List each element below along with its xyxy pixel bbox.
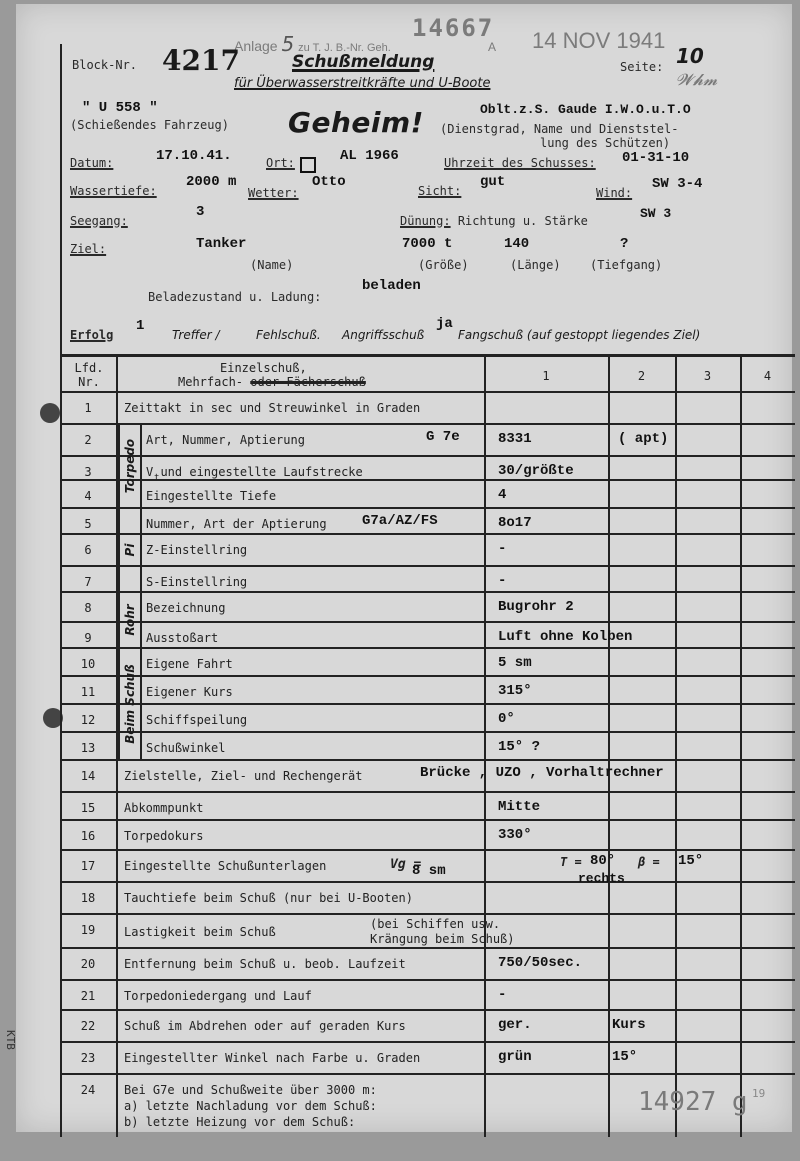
table-row-divider (60, 391, 795, 393)
row-label: Abkommpunkt (124, 801, 203, 815)
archive-stamp: 14927 g (638, 1087, 748, 1117)
row-line-b: b) letzte Heizung vor dem Schuß: (124, 1115, 355, 1129)
table-row-divider (60, 819, 795, 821)
block-number: 4217 (162, 44, 240, 77)
weather-value: Otto (312, 174, 346, 190)
swell-value: SW 3 (640, 206, 671, 221)
beta-value: 15° (678, 853, 703, 869)
row-label: Ausstoßart (146, 631, 218, 645)
table-row-divider (60, 1073, 795, 1075)
target-name-value: Tanker (196, 236, 246, 252)
attack-shot-value: ja (436, 316, 453, 332)
shot-1-value: - (498, 987, 506, 1003)
shot-1-value: 315° (498, 683, 532, 699)
row-label: S-Einstellring (146, 575, 247, 589)
row-number: 8 (60, 601, 116, 615)
row-number: 3 (60, 465, 116, 479)
block-label: Block-Nr. (72, 58, 137, 72)
row-label: Nummer, Art der Aptierung (146, 517, 327, 531)
shot-1-value: 750/50sec. (498, 955, 582, 971)
row-label: Eigene Fahrt (146, 657, 233, 671)
table-row-divider (60, 947, 795, 949)
group-label-text: Beim Schuß (123, 664, 137, 744)
target-name-label: (Name) (250, 258, 293, 272)
row-number: 17 (60, 859, 116, 873)
struck-spread-shot-label: oder Fächerschuß (250, 375, 366, 389)
target-size-value: 7000 t (402, 236, 452, 252)
row-label: Eingestellte Tiefe (146, 489, 276, 503)
vessel-label: (Schießendes Fahrzeug) (70, 118, 229, 132)
row-number: 15 (60, 801, 116, 815)
page-label: Seite: (620, 60, 663, 74)
column-header-shot-3: 3 (675, 369, 740, 383)
weather-label: Wetter: (248, 186, 299, 200)
row-label: Bezeichnung (146, 601, 225, 615)
grid-square-icon (300, 157, 316, 173)
column-header-nr: Lfd. Nr. (64, 361, 114, 389)
row-label: Zielstelle, Ziel- und Rechengerät (124, 769, 362, 783)
attack-shot-label: Angriffsschuß (342, 328, 424, 342)
row-number: 20 (60, 957, 116, 971)
row-note: (bei Schiffen usw. (370, 917, 500, 931)
column-header-shot-2: 2 (608, 369, 675, 383)
table-row-divider (60, 703, 795, 705)
date-label: Datum: (70, 156, 113, 170)
row-label: Schuß im Abdrehen oder auf geraden Kurs (124, 1019, 406, 1033)
swell-sublabel: Richtung u. Stärke (458, 214, 588, 228)
group-label-text: Rohr (123, 604, 137, 635)
table-row-divider (60, 621, 795, 623)
table-column-divider (740, 357, 742, 1137)
form-border (60, 44, 62, 354)
shot-1-value: - (498, 541, 506, 557)
row-label: Schiffspeilung (146, 713, 247, 727)
table-column-divider (608, 357, 610, 1137)
row-label: Eingestellte Schußunterlagen (124, 859, 326, 873)
table-row-divider (60, 881, 795, 883)
column-header-shot-4: 4 (740, 369, 795, 383)
hits-label: Treffer / (172, 328, 220, 342)
table-row-divider (60, 455, 795, 457)
place-label: Ort: (266, 156, 295, 170)
table-row-divider (60, 1009, 795, 1011)
row-label: Zeittakt in sec und Streuwinkel in Grade… (124, 401, 420, 415)
table-row-divider (60, 479, 795, 481)
column-header-shot-1: 1 (484, 369, 608, 383)
table-row-divider (60, 533, 795, 535)
water-depth-label: Wassertiefe: (70, 184, 157, 198)
visibility-label: Sicht: (418, 184, 461, 198)
shot-1-value: 4 (498, 487, 506, 503)
row-number: 1 (60, 401, 116, 415)
group-label-text: Pi (123, 544, 137, 557)
row-number: 14 (60, 769, 116, 783)
time-label: Uhrzeit des Schusses: (444, 156, 596, 170)
group-label-torpedo: Torpedo (118, 425, 142, 507)
table-row-divider (60, 849, 795, 851)
shot-1-value: - (498, 573, 506, 589)
table-row-divider (60, 791, 795, 793)
shot-data-table: Lfd. Nr.Einzelschuß,Mehrfach- oder Fäche… (60, 354, 795, 357)
row-number: 24 (60, 1083, 116, 1097)
row-label: Tauchtiefe beim Schuß (nur bei U-Booten) (124, 891, 413, 905)
row-number: 6 (60, 543, 116, 557)
row-inline-value: G7a/AZ/FS (362, 513, 438, 529)
group-label-rohr: Rohr (118, 593, 142, 647)
shot-2-value: ( apt) (618, 431, 668, 447)
officer-value: Oblt.z.S. Gaude I.W.O.u.T.O (480, 102, 691, 117)
shot-1-value: Mitte (498, 799, 540, 815)
wind-value: SW 3-4 (652, 176, 702, 192)
load-state-value: beladen (362, 278, 421, 294)
vg-value: 8 sm (412, 863, 446, 879)
beta-label: β = (638, 855, 660, 869)
table-row-divider (60, 1041, 795, 1043)
row-number: 5 (60, 517, 116, 531)
row-label: Schußwinkel (146, 741, 225, 755)
shot-1-value: 330° (498, 827, 532, 843)
row-inline-value: Brücke , UZO , Vorhaltrechner (420, 765, 664, 781)
row-number: 13 (60, 741, 116, 755)
shot-1-value: ger. (498, 1017, 532, 1033)
table-row-divider (60, 647, 795, 649)
load-state-label: Beladezustand u. Ladung: (148, 290, 321, 304)
table-row-divider (60, 731, 795, 733)
torpedo-angle-side: rechts (578, 871, 625, 886)
water-depth-value: 2000 m (186, 174, 236, 190)
group-label-pi: Pi (118, 509, 142, 591)
shot-1-value: 30/größte (498, 463, 574, 479)
table-row-divider (60, 423, 795, 425)
place-value: AL 1966 (340, 148, 399, 164)
wind-label: Wind: (596, 186, 632, 200)
table-column-divider (675, 357, 677, 1137)
target-length-label: (Länge) (510, 258, 561, 272)
row-label: Lastigkeit beim Schuß (124, 925, 276, 939)
table-row-divider (60, 759, 795, 761)
row-number: 10 (60, 657, 116, 671)
velocity-subscript: t (154, 473, 159, 483)
miss-label: Fehlschuß. (256, 328, 321, 342)
table-row-divider (60, 979, 795, 981)
target-draft-label: (Tiefgang) (590, 258, 662, 272)
shot-1-value: Bugrohr 2 (498, 599, 574, 615)
signature-scribble: 𝓦𝓱𝓶 (676, 70, 717, 90)
table-row-divider (60, 913, 795, 915)
target-size-label: (Größe) (418, 258, 469, 272)
row-number: 16 (60, 829, 116, 843)
row-label-text: V und eingestellte Laufstrecke (146, 465, 363, 479)
row-label: Z-Einstellring (146, 543, 247, 557)
table-column-divider (484, 357, 486, 1137)
classification-stamp: Geheim! (288, 106, 424, 139)
vessel-value: " U 558 " (82, 100, 158, 116)
swell-label: Dünung: (400, 214, 451, 228)
row-label: Bei G7e und Schußweite über 3000 m: (124, 1083, 377, 1097)
side-mark: KTB (4, 1030, 17, 1050)
row-label: Eigener Kurs (146, 685, 233, 699)
hits-value: 1 (136, 318, 144, 334)
column-header-description: Einzelschuß, (220, 361, 307, 375)
sea-state-value: 3 (196, 204, 204, 220)
form-subtitle: für Überwasserstreitkräfte und U-Boote (234, 76, 490, 91)
shot-2-value: Kurs (612, 1017, 646, 1033)
shot-1-value: Luft ohne Kolben (498, 629, 632, 645)
shot-1-value: 8331 (498, 431, 532, 447)
row-label: Entfernung beim Schuß u. beob. Laufzeit (124, 957, 406, 971)
shot-1-value: grün (498, 1049, 532, 1065)
row-number: 22 (60, 1019, 116, 1033)
row-inline-value: G 7e (426, 429, 460, 445)
table-row-divider (60, 675, 795, 677)
row-number: 11 (60, 685, 116, 699)
form-title: Schußmeldung (292, 52, 434, 72)
row-number: 2 (60, 433, 116, 447)
multi-shot-label: Mehrfach- (178, 375, 250, 389)
table-row-divider (60, 507, 795, 509)
row-label: Art, Nummer, Aptierung (146, 433, 305, 447)
shot-1-value: 0° (498, 711, 515, 727)
torpedo-angle-value: 80° (590, 853, 615, 869)
table-row-divider (60, 591, 795, 593)
success-label: Erfolg (70, 328, 113, 342)
time-value: 01-31-10 (622, 150, 689, 166)
officer-label: (Dienstgrad, Name und Dienststel- (440, 122, 678, 136)
shot-2-value: 15° (612, 1049, 637, 1065)
row-number: 19 (60, 923, 116, 937)
target-label: Ziel: (70, 242, 106, 256)
row-number: 7 (60, 575, 116, 589)
date-value: 17.10.41. (156, 148, 232, 164)
table-row-divider (60, 565, 795, 567)
catch-shot-label: Fangschuß (auf gestoppt liegendes Ziel) (458, 328, 700, 342)
shot-1-value: 15° ? (498, 739, 540, 755)
row-number: 4 (60, 489, 116, 503)
shot-1-value: 5 sm (498, 655, 532, 671)
sea-state-label: Seegang: (70, 214, 128, 228)
row-note-2: Krängung beim Schuß) (370, 932, 515, 946)
row-label: Torpedokurs (124, 829, 203, 843)
row-number: 18 (60, 891, 116, 905)
received-date-stamp: 14 NOV 1941 (532, 28, 665, 54)
punch-hole (40, 403, 60, 423)
archive-stamp-small: 19 (752, 1087, 765, 1100)
visibility-value: gut (480, 174, 505, 190)
column-header-description-2: Mehrfach- oder Fächerschuß (178, 375, 366, 389)
row-number: 12 (60, 713, 116, 727)
annex-label: Anlage (234, 38, 278, 54)
row-number: 21 (60, 989, 116, 1003)
torpedo-angle-label: T = (560, 855, 582, 869)
row-number: 23 (60, 1051, 116, 1065)
page-number: 10 (676, 44, 704, 68)
row-number: 9 (60, 631, 116, 645)
target-draft-value: ? (620, 236, 628, 252)
officer-label-2: lung des Schützen) (540, 136, 670, 150)
row-label: V und eingestellte Laufstrecke (146, 465, 363, 479)
row-label: Eingestellter Winkel nach Farbe u. Grade… (124, 1051, 420, 1065)
row-label: Torpedoniedergang und Lauf (124, 989, 312, 1003)
annex-suffix: A (488, 40, 496, 54)
shot-1-value: 8o17 (498, 515, 532, 531)
group-label-beim-schuß: Beim Schuß (118, 649, 142, 759)
row-line-a: a) letzte Nachladung vor dem Schuß: (124, 1099, 377, 1113)
target-length-value: 140 (504, 236, 529, 252)
group-label-text: Torpedo (123, 439, 137, 493)
journal-stamp-number: 14667 (412, 14, 494, 42)
